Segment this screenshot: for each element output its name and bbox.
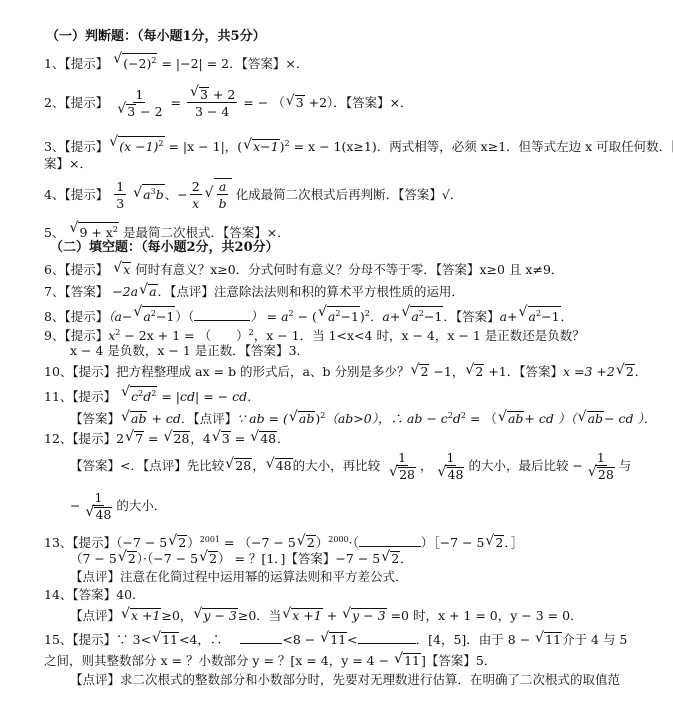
item-number: 8、 [44,309,64,324]
answer-label: 【答案】 [519,364,563,379]
item-number: 13、 [44,535,72,550]
item-1: 1、【提示】 (−2)2 = |−2| = 2．【答案】×． [44,53,308,72]
hint-label: 【提示】 [64,56,108,71]
item-3-cont: 案】×． [44,156,92,172]
item-7: 7、【答案】 −2aa．【点评】注意除法法则和积的算术平方根性质的运用． [44,284,464,300]
item-number: 11、 [44,389,72,404]
item-6: 6、【提示】 x 何时有意义？x≥0．分式何时有意义？分母不等于零．【答案】x≥… [44,262,563,278]
hint-label: 【提示】 [72,535,116,550]
item-3: 3、【提示】(x −1)2 = |x − 1|，(x−1)2 = x − 1(x… [44,136,673,155]
item-11-cont: 【答案】ab + cd．【点评】∵ ab = (ab)2（ab>0），∴ ab … [70,408,656,427]
fill-blank [194,309,250,321]
answer-label: 【答案】 [436,262,480,277]
item-10: 10、【提示】把方程整理成 ax = b 的形式后，a、b 分别是多少？2 −1… [44,364,647,380]
item-9: 9、【提示】x2 − 2x + 1 = （ ）2，x − 1．当 1<x<4 时… [44,325,585,344]
hint-label: 【提示】 [72,389,116,404]
comment-label: 【点评】 [70,608,120,623]
item-12-cont: 【答案】<．【点评】先比较28，48的大小，再比较 128，148的大小，最后比… [70,448,631,484]
item-number: 4、 [44,187,64,202]
item-5: 5、 9 + x2 是最简二次根式．【答案】×． [44,222,290,241]
answer-label: 【答案】 [64,284,108,299]
answer-label: 【答案】 [426,653,476,668]
answer-label: 【答案】 [456,309,500,324]
comment-label: 【点评】 [143,458,187,473]
answer-value: ×． [267,225,290,240]
hint-label: 【提示】 [64,187,108,202]
hint-label: 【提示】 [64,309,108,324]
fill-blank [359,535,421,547]
answer-label: 【答案】 [285,551,335,566]
section-heading-fill-in: （二）填空题：（每小题2分，共20分） [50,240,279,256]
item-number: 2、 [44,95,64,110]
answer-value: ×． [390,95,413,110]
item-4: 4、【提示】 13 a3b、−2xab 化成最简二次根式后再判断．【答案】√． [44,178,462,212]
comment-label: 【点评】 [170,284,214,299]
answer-value: √． [442,187,462,202]
item-number: 15、 [44,632,72,647]
comment-label: 【点评】 [70,672,120,687]
hint-label: 【提示】 [64,95,108,110]
item-number: 6、 [44,262,64,277]
item-number: 5、 [44,225,64,240]
hint-label: 【提示】 [72,364,116,379]
item-14: 14、【答案】40． [44,587,145,603]
answer-value: 40． [116,587,144,602]
answer-value: x≥0 且 x≠9． [480,262,564,277]
item-number: 10、 [44,364,72,379]
item-number: 14、 [44,587,72,602]
fill-blank [358,632,416,644]
item-13: 13、【提示】（−7 − 52）2001 = （−7 − 52）2000·（）［… [44,532,523,551]
answer-value: 3． [289,343,309,358]
hint-label: 【提示】 [64,262,108,277]
comment-label: 【点评】 [70,569,120,584]
sqrt-expr: (−2)2 [113,53,157,72]
answer-label: 【答案】 [70,458,120,473]
item-15: 15、【提示】∵ 3<11<4，∴ <8 − 11<．[4，5]．由于 8 − … [44,632,627,648]
item-number: 9、 [44,328,64,343]
item-2: 2、【提示】 13 − 2 = 3 + 23 − 4 = − （3 +2）．【答… [44,86,413,120]
item-number: 7、 [44,284,64,299]
item-14-comment: 【点评】x +1≥0，y − 3≥0．当x +1 + y − 3 =0 时，x … [70,608,583,624]
item-9-cont: x − 4 是负数，x − 1 是正数．【答案】3． [70,343,309,359]
item-number: 1、 [44,56,64,71]
answer-value: 5． [476,653,496,668]
item-12: 12、【提示】27 = 28，43 = 48． [44,431,290,447]
answer-label: 【答案】 [245,343,289,358]
item-13-comment: 【点评】注意在化简过程中运用幂的运算法则和平方差公式． [70,569,408,585]
item-8: 8、【提示】（a−a2−1）（） = a2 − (a2−1)2．a+a2−1．【… [44,306,573,325]
fraction: 3 + 23 − 4 [187,87,237,120]
item-number: 12、 [44,431,72,446]
item-11: 11、【提示】 c2d2 = |cd| = − cd． [44,386,260,405]
answer-label: 【答案】 [70,411,120,426]
fraction: 13 − 2 [114,87,164,120]
hint-label: 【提示】 [64,328,108,343]
hint-label: 【提示】 [72,431,116,446]
item-15-cont: 之间，则其整数部分 x = ？小数部分 y = ？[x = 4，y = 4 − … [44,653,496,669]
answer-value: ×． [285,56,308,71]
item-number: 3、 [44,139,64,154]
answer-label: 【答案】 [72,587,116,602]
comment-label: 【点评】 [193,411,237,426]
answer-label: 【答案】 [398,187,442,202]
answer-label: 【答案】 [346,95,390,110]
item-15-comment: 【点评】求二次根式的整数部分和小数部分时，先要对无理数进行估算．在明确了二次根式… [70,672,620,688]
hint-label: 【提示】 [72,632,116,647]
answer-label: 【答案】 [242,56,286,71]
section-heading-judgment: （一）判断题：（每小题1分，共5分） [46,29,266,45]
item-13-cont: （7 − 52）·（−7 − 52） = ？[1．]【答案】−7 − 52． [70,551,413,567]
hint-label: 【提示】 [64,139,108,154]
fill-blank [240,632,282,644]
item-12-cont2: −148的大小． [70,488,166,524]
answer-label: 【答案】 [223,225,267,240]
